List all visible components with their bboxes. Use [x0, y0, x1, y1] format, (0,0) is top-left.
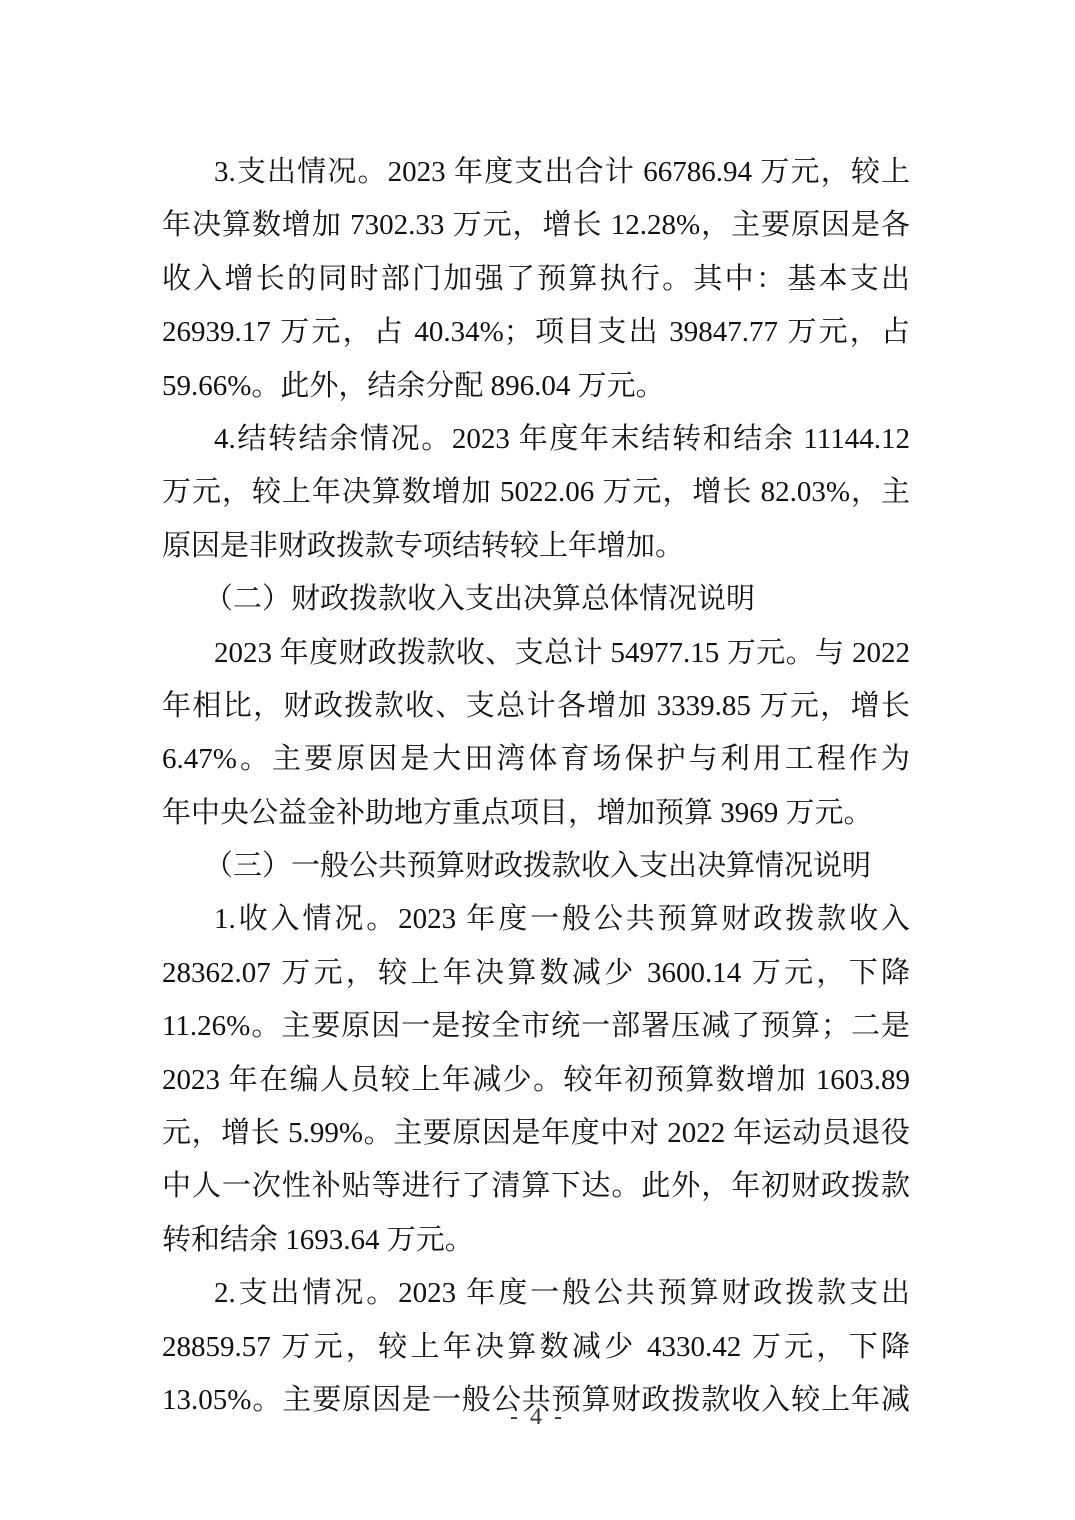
page-number: - 4 - — [0, 1404, 1075, 1430]
text-line: 6.47%。主要原因是大田湾体育场保护与利用工程作为 2023 — [162, 733, 910, 786]
text-line: 年决算数增加 7302.33 万元，增长 12.28%，主要原因是各类 — [162, 199, 910, 252]
text-line: 26939.17 万元，占 40.34%；项目支出 39847.77 万元，占 — [162, 306, 910, 359]
text-line: 28859.57 万元，较上年决算数减少 4330.42 万元，下降 — [162, 1321, 910, 1374]
text-line: 1.收入情况。2023 年度一般公共预算财政拨款收入 — [162, 893, 910, 946]
text-line: 元，增长 5.99%。主要原因是年度中对 2022 年运动员退役费、 — [162, 1107, 910, 1160]
section-heading: （三）一般公共预算财政拨款收入支出决算情况说明 — [162, 840, 910, 893]
text-line: 3.支出情况。2023 年度支出合计 66786.94 万元，较上 — [162, 146, 910, 199]
document-page: 3.支出情况。2023 年度支出合计 66786.94 万元，较上年决算数增加 … — [0, 0, 1075, 1520]
text-line: 4.结转结余情况。2023 年度年末结转和结余 11144.12 — [162, 413, 910, 466]
text-line: 11.26%。主要原因一是按全市统一部署压减了预算；二是 — [162, 1000, 910, 1053]
text-line: 59.66%。此外，结余分配 896.04 万元。 — [162, 360, 910, 413]
text-line: 2.支出情况。2023 年度一般公共预算财政拨款支出 — [162, 1267, 910, 1320]
text-line: 原因是非财政拨款专项结转较上年增加。 — [162, 520, 910, 573]
text-line: 28362.07 万元，较上年决算数减少 3600.14 万元，下降 — [162, 947, 910, 1000]
document-body: 3.支出情况。2023 年度支出合计 66786.94 万元，较上年决算数增加 … — [162, 146, 910, 1427]
text-line: 转和结余 1693.64 万元。 — [162, 1214, 910, 1267]
text-line: 万元，较上年决算数增加 5022.06 万元，增长 82.03%，主要 — [162, 466, 910, 519]
text-line: 2023 年在编人员较上年减少。较年初预算数增加 1603.89 万 — [162, 1054, 910, 1107]
text-line: 年中央公益金补助地方重点项目，增加预算 3969 万元。 — [162, 787, 910, 840]
text-line: 2023 年度财政拨款收、支总计 54977.15 万元。与 2022 — [162, 627, 910, 680]
text-line: 中人一次性补贴等进行了清算下达。此外，年初财政拨款结 — [162, 1160, 910, 1213]
text-line: 收入增长的同时部门加强了预算执行。其中：基本支出 — [162, 253, 910, 306]
text-line: 年相比，财政拨款收、支总计各增加 3339.85 万元，增长 — [162, 680, 910, 733]
section-heading: （二）财政拨款收入支出决算总体情况说明 — [162, 573, 910, 626]
